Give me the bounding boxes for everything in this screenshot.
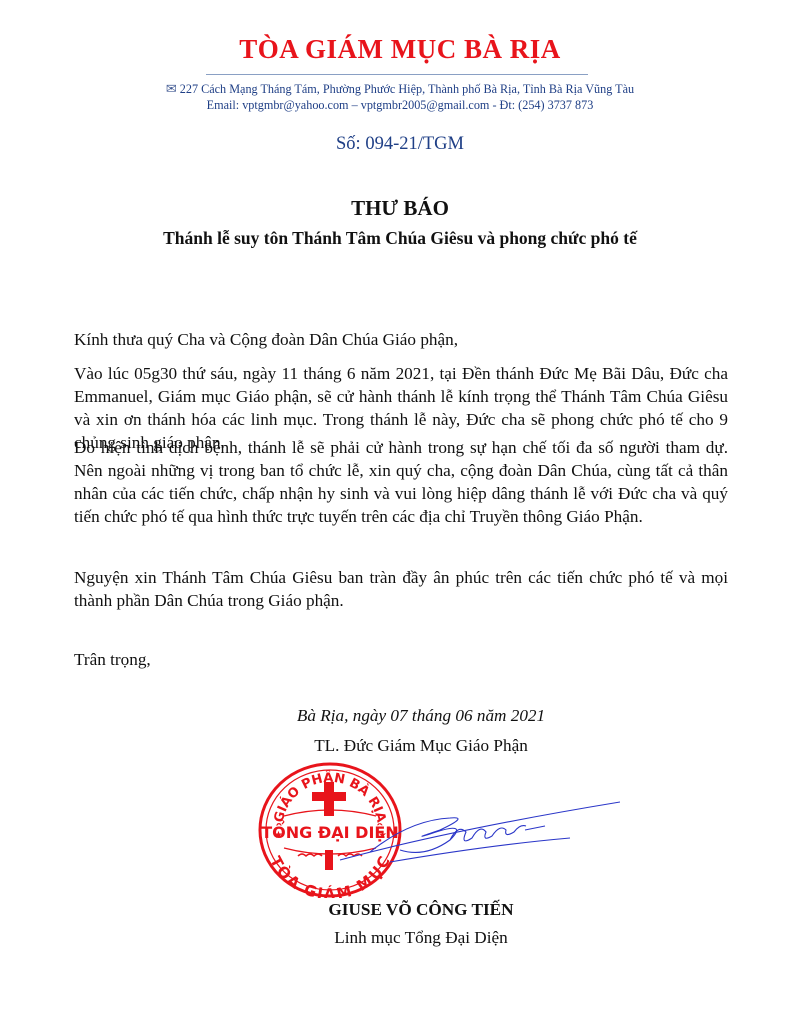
organization-title: TÒA GIÁM MỤC BÀ RỊA: [0, 34, 800, 65]
handwritten-signature: [330, 790, 620, 870]
paragraph-2: Do hiện tình dịch bệnh, thánh lễ sẽ phải…: [74, 436, 728, 528]
document-subtitle: Thánh lễ suy tôn Thánh Tâm Chúa Giêsu và…: [0, 228, 800, 249]
address-line: ✉227 Cách Mạng Tháng Tám, Phường Phước H…: [0, 81, 800, 97]
greeting: Kính thưa quý Cha và Cộng đoàn Dân Chúa …: [74, 328, 728, 351]
paragraph-3: Nguyện xin Thánh Tâm Chúa Giêsu ban tràn…: [74, 566, 728, 612]
signer-title: Linh mục Tổng Đại Diện: [256, 928, 586, 948]
on-behalf-of: TL. Đức Giám Mục Giáo Phận: [256, 736, 586, 756]
address-text: 227 Cách Mạng Tháng Tám, Phường Phước Hi…: [180, 82, 634, 96]
document-number: Số: 094-21/TGM: [0, 134, 800, 155]
signer-name: GIUSE VÕ CÔNG TIẾN: [256, 900, 586, 920]
closing: Trân trọng,: [74, 648, 728, 671]
header-divider: [206, 74, 588, 75]
document-title: THƯ BÁO: [0, 196, 800, 221]
place-date: Bà Rịa, ngày 07 tháng 06 năm 2021: [256, 706, 586, 726]
envelope-icon: ✉: [166, 81, 177, 97]
contact-line: Email: vptgmbr@yahoo.com – vptgmbr2005@g…: [0, 98, 800, 113]
